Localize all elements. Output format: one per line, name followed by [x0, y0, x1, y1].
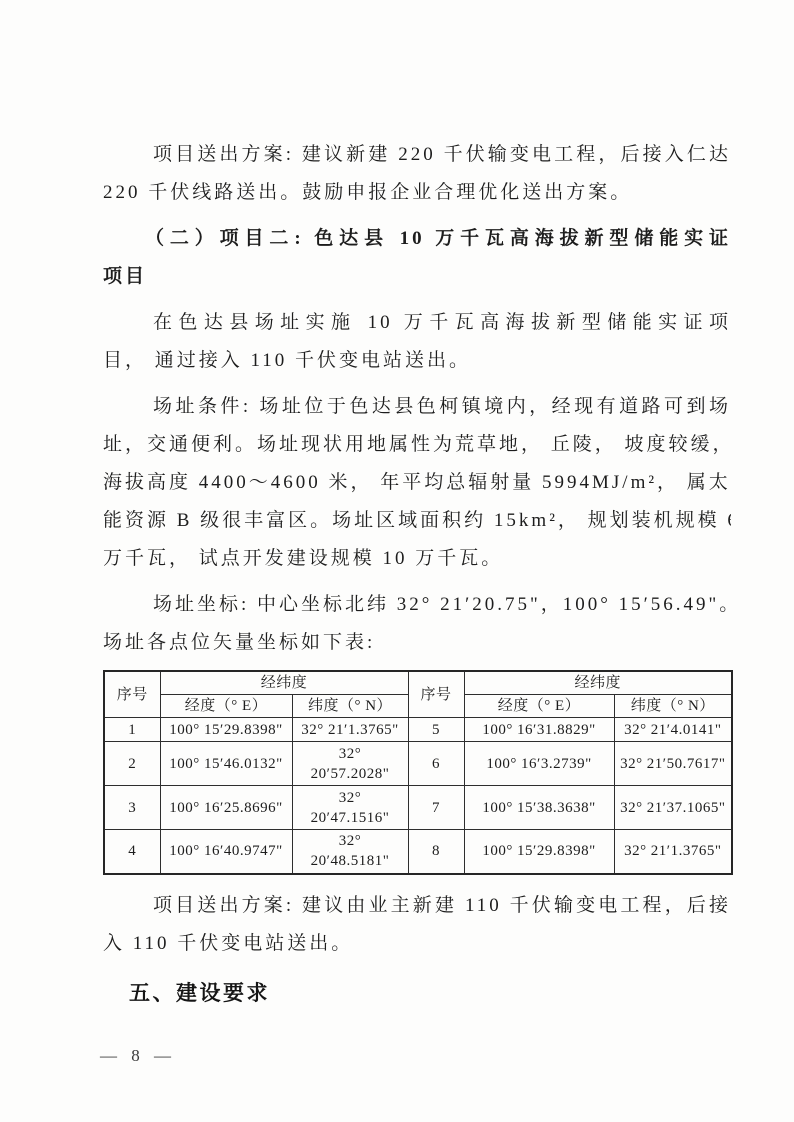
text-line: 场址各点位矢量坐标如下表: [103, 624, 731, 662]
cell-seq: 2 [104, 742, 160, 786]
cell-latitude: 32° 21′50.7617" [614, 742, 732, 786]
table-header-row: 序号 经纬度 序号 经纬度 [104, 671, 732, 695]
table-row: 1 100° 15′29.8398" 32° 21′1.3765" 5 100°… [104, 718, 732, 742]
cell-seq: 4 [104, 830, 160, 874]
paragraph-send-out-220: 项目送出方案: 建议新建 220 千伏输变电工程，后接入仁达 220 千伏线路送… [103, 136, 731, 212]
text-line: 场址坐标: 中心坐标北纬 32° 21′20.75"，100° 15′56.49… [103, 586, 731, 624]
cell-longitude: 100° 16′40.9747" [160, 830, 292, 874]
heading-section-five: 五、建设要求 [129, 977, 731, 1007]
cell-seq: 1 [104, 718, 160, 742]
text-line: 项目送出方案: 建议由业主新建 110 千伏输变电工程，后接 [103, 887, 731, 925]
paragraph-site-conditions: 场址条件: 场址位于色达县色柯镇境内，经现有道路可到场 址，交通便利。场址现状用… [103, 388, 731, 578]
coordinates-table: 序号 经纬度 序号 经纬度 经度（° E） 纬度（° N） 经度（° E） 纬度… [103, 670, 733, 875]
cell-latitude: 32° 21′37.1065" [614, 786, 732, 830]
text-line: 项目 [103, 258, 731, 296]
text-line: 入 110 千伏变电站送出。 [103, 925, 731, 963]
text-line: 220 千伏线路送出。鼓励申报企业合理优化送出方案。 [103, 174, 731, 212]
cell-seq: 7 [408, 786, 464, 830]
column-header-group-right: 经纬度 [464, 671, 732, 695]
table-row: 4 100° 16′40.9747" 32° 20′48.5181" 8 100… [104, 830, 732, 874]
cell-seq: 5 [408, 718, 464, 742]
heading-project-two: （二）项目二: 色达县 10 万千瓦高海拔新型储能实证 项目 [103, 220, 731, 296]
document-page: 项目送出方案: 建议新建 220 千伏输变电工程，后接入仁达 220 千伏线路送… [0, 0, 794, 1122]
cell-latitude: 32° 20′57.2028" [292, 742, 408, 786]
cell-seq: 6 [408, 742, 464, 786]
text-line: 目， 通过接入 110 千伏变电站送出。 [103, 342, 731, 380]
cell-seq: 3 [104, 786, 160, 830]
column-header-group-left: 经纬度 [160, 671, 408, 695]
text-line: 址，交通便利。场址现状用地属性为荒草地， 丘陵， 坡度较缓， [103, 426, 731, 464]
cell-latitude: 32° 20′48.5181" [292, 830, 408, 874]
column-header-seq-right: 序号 [408, 671, 464, 718]
paragraph-send-out-110: 项目送出方案: 建议由业主新建 110 千伏输变电工程，后接 入 110 千伏变… [103, 887, 731, 963]
cell-longitude: 100° 16′25.8696" [160, 786, 292, 830]
cell-longitude: 100° 15′38.3638" [464, 786, 614, 830]
text-line: 能资源 B 级很丰富区。场址区域面积约 15km²， 规划装机规模 65 [103, 502, 731, 540]
cell-latitude: 32° 20′47.1516" [292, 786, 408, 830]
paragraph-site-coordinates: 场址坐标: 中心坐标北纬 32° 21′20.75"，100° 15′56.49… [103, 586, 731, 662]
text-line: 海拔高度 4400～4600 米， 年平均总辐射量 5994MJ/m²， 属太阳 [103, 464, 731, 502]
cell-latitude: 32° 21′4.0141" [614, 718, 732, 742]
text-line: 场址条件: 场址位于色达县色柯镇境内，经现有道路可到场 [103, 388, 731, 426]
column-header-seq-left: 序号 [104, 671, 160, 718]
cell-longitude: 100° 16′3.2739" [464, 742, 614, 786]
column-header-latitude-left: 纬度（° N） [292, 695, 408, 718]
text-line: 项目送出方案: 建议新建 220 千伏输变电工程，后接入仁达 [103, 136, 731, 174]
text-line: 万千瓦， 试点开发建设规模 10 万千瓦。 [103, 540, 731, 578]
text-line: （二）项目二: 色达县 10 万千瓦高海拔新型储能实证 [103, 220, 731, 258]
text-line: 在色达县场址实施 10 万千瓦高海拔新型储能实证项 [103, 304, 731, 342]
column-header-longitude-right: 经度（° E） [464, 695, 614, 718]
cell-seq: 8 [408, 830, 464, 874]
cell-latitude: 32° 21′1.3765" [292, 718, 408, 742]
page-number: — 8 — [100, 1046, 176, 1066]
table-row: 2 100° 15′46.0132" 32° 20′57.2028" 6 100… [104, 742, 732, 786]
document-content: 项目送出方案: 建议新建 220 千伏输变电工程，后接入仁达 220 千伏线路送… [103, 0, 731, 1007]
cell-latitude: 32° 21′1.3765" [614, 830, 732, 874]
paragraph-implementation: 在色达县场址实施 10 万千瓦高海拔新型储能实证项 目， 通过接入 110 千伏… [103, 304, 731, 380]
table-row: 3 100° 16′25.8696" 32° 20′47.1516" 7 100… [104, 786, 732, 830]
cell-longitude: 100° 15′29.8398" [464, 830, 614, 874]
cell-longitude: 100° 15′46.0132" [160, 742, 292, 786]
cell-longitude: 100° 15′29.8398" [160, 718, 292, 742]
cell-longitude: 100° 16′31.8829" [464, 718, 614, 742]
column-header-latitude-right: 纬度（° N） [614, 695, 732, 718]
column-header-longitude-left: 经度（° E） [160, 695, 292, 718]
